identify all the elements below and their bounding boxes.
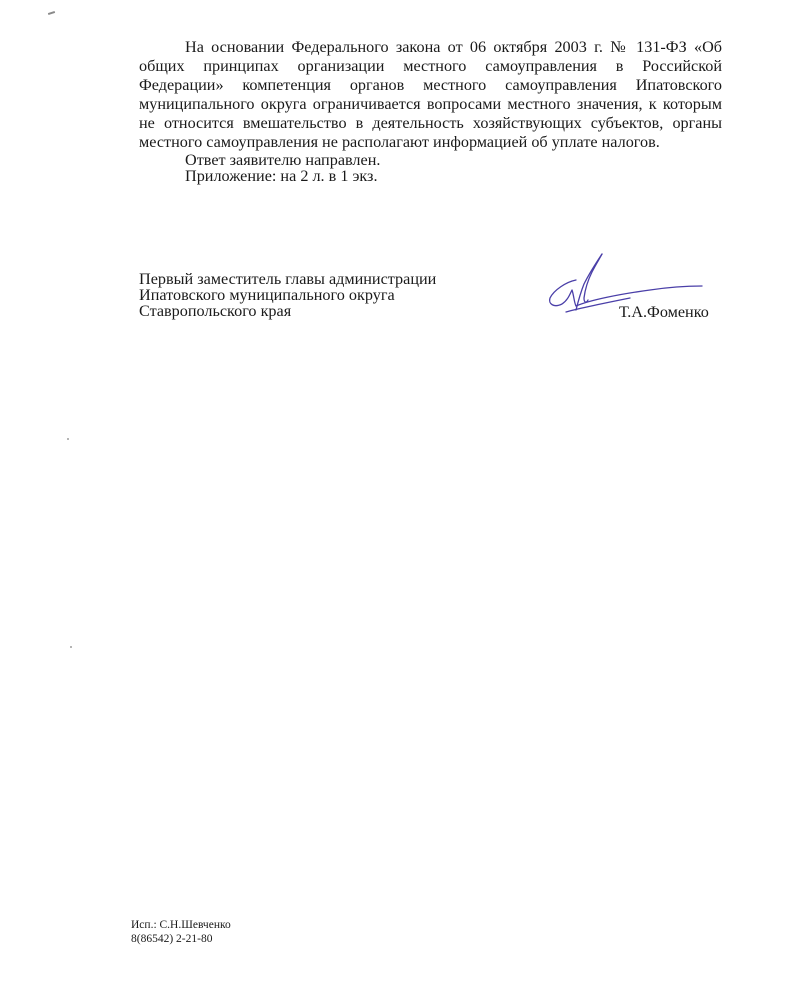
main-paragraph: На основании Федерального закона от 06 о… [139,38,722,152]
signer-name: Т.А.Фоменко [619,303,709,322]
position-line: Ставропольского края [139,303,436,319]
signatory-position: Первый заместитель главы администрации И… [139,271,436,319]
executor-info: Исп.: С.Н.Шевченко 8(86542) 2-21-80 [131,918,231,946]
executor-name: Исп.: С.Н.Шевченко [131,918,231,932]
position-line: Ипатовского муниципального округа [139,287,436,303]
scan-artifact [48,11,55,15]
scan-artifact [67,438,69,440]
letter-body: На основании Федерального закона от 06 о… [139,38,722,184]
scan-artifact [70,646,72,648]
attachment-line: Приложение: на 2 л. в 1 экз. [139,168,722,184]
answer-sent-line: Ответ заявителю направлен. [139,152,722,168]
position-line: Первый заместитель главы администрации [139,271,436,287]
executor-phone: 8(86542) 2-21-80 [131,932,231,946]
